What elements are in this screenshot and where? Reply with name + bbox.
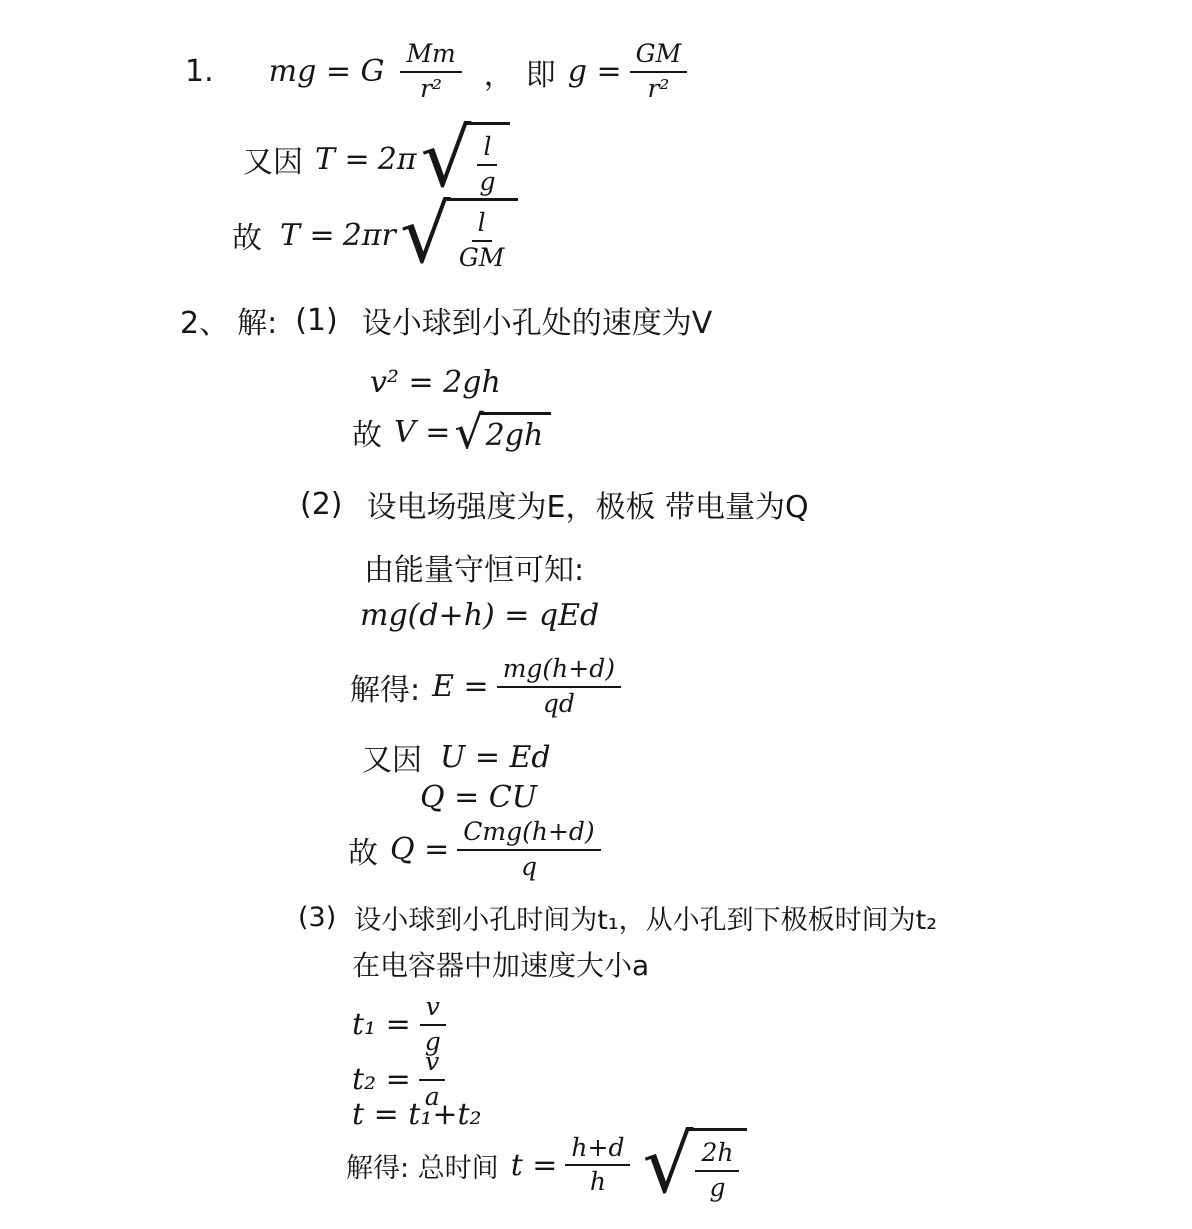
p2-part2-line4: 解得: E = mg(h+d) qd — [350, 655, 629, 719]
problem2-number: 2、 — [180, 298, 229, 342]
eq-lhs: V = — [394, 415, 450, 450]
statement-text: 设小球到小孔时间为t₁，从小孔到下极板时间为t₂ — [354, 898, 937, 937]
fraction-numerator: h+d — [565, 1134, 630, 1167]
equation: v² = 2gh — [370, 365, 501, 400]
fraction-denominator: GM — [453, 242, 511, 273]
fraction: 2h g — [695, 1139, 739, 1203]
fraction: h+d h — [565, 1134, 630, 1198]
radicand: l g — [467, 122, 509, 197]
radicand: 2gh — [480, 412, 552, 453]
p2-part2-line5: 又因 U = Ed — [362, 735, 551, 779]
eq-lhs: Q = — [390, 832, 449, 867]
fraction-numerator: l — [477, 133, 497, 166]
eq-lhs: T = — [315, 142, 370, 177]
p1-line3: 故 T = 2πr √ l GM — [232, 198, 518, 273]
eq-mid: g = — [568, 54, 622, 89]
fraction-numerator: Mm — [400, 40, 461, 73]
eq-lhs: t₂ = — [352, 1062, 411, 1097]
coefficient: 2π — [378, 142, 417, 177]
part3-label: (3) — [298, 902, 336, 933]
p1-line1: 1. mg = G Mm r² ， 即 g = GM r² — [185, 40, 695, 104]
equation: U = Ed — [440, 740, 551, 775]
statement-text: 由能量守恒可知: — [364, 545, 584, 589]
fraction-numerator: l — [472, 209, 492, 242]
fraction: l g — [473, 133, 501, 197]
square-root: √ l g — [421, 122, 510, 197]
connector-text: 故 — [348, 828, 378, 872]
fraction-denominator: h — [584, 1166, 612, 1197]
fraction: GM r² — [630, 40, 688, 104]
square-root: √ 2gh — [454, 412, 551, 453]
p2-part2-line7: 故 Q = Cmg(h+d) q — [348, 818, 609, 882]
eq-lhs: t = — [511, 1148, 558, 1183]
connector-text: 即 — [526, 50, 556, 94]
p2-part2-line2: 由能量守恒可知: — [364, 545, 584, 589]
eq-lhs: E = — [432, 669, 489, 704]
square-root: √ l GM — [400, 198, 519, 273]
fraction-numerator: v — [420, 993, 446, 1026]
fraction-denominator: qd — [537, 688, 581, 719]
fraction: Mm r² — [400, 40, 461, 104]
fraction-numerator: GM — [630, 40, 688, 73]
fraction-numerator: 2h — [695, 1139, 739, 1172]
equation: mg(d+h) = qEd — [360, 598, 599, 633]
p2-part2-line1: (2) 设电场强度为E，极板 带电量为Q — [300, 482, 809, 526]
connector-text: 解得: 总时间 — [346, 1146, 499, 1185]
part1-label: (1) — [295, 303, 338, 338]
p2-part3-line2: 在电容器中加速度大小a — [352, 944, 649, 984]
connector-text: 又因 — [243, 137, 303, 181]
fraction-numerator: v — [419, 1048, 445, 1081]
fraction-denominator: q — [515, 851, 543, 882]
fraction: Cmg(h+d) q — [457, 818, 600, 882]
fraction-denominator: r² — [641, 73, 675, 104]
statement-text: 设电场强度为E，极板 带电量为Q — [367, 482, 809, 526]
comma: ， — [484, 50, 514, 94]
part2-label: (2) — [300, 487, 343, 522]
statement-text: 设小球到小孔处的速度为V — [362, 298, 713, 342]
fraction-denominator: g — [703, 1172, 731, 1203]
radicand: 2h g — [689, 1128, 747, 1203]
radicand: l GM — [447, 198, 519, 273]
radical-icon: √ — [400, 206, 451, 264]
connector-text: 解得: — [350, 665, 420, 709]
p2-part3-line5: t = t₁+t₂ — [352, 1097, 482, 1132]
coefficient: 2πr — [343, 218, 396, 253]
p2-part1-line2: v² = 2gh — [370, 365, 501, 400]
p1-line2: 又因 T = 2π √ l g — [243, 122, 510, 197]
statement-text: 在电容器中加速度大小a — [352, 944, 649, 984]
p2-part2-line3: mg(d+h) = qEd — [360, 598, 599, 633]
connector-text: 又因 — [362, 735, 422, 779]
problem1-number: 1. — [185, 54, 214, 89]
eq-lhs: t₁ = — [352, 1007, 411, 1042]
equation: t = t₁+t₂ — [352, 1097, 482, 1132]
p2-part3-line3: t₁ = v g — [352, 993, 455, 1057]
fraction-denominator: r² — [414, 73, 448, 104]
fraction: mg(h+d) qd — [497, 655, 621, 719]
p2-header: 2、 解: (1) 设小球到小孔处的速度为V — [180, 298, 712, 342]
fraction: l GM — [453, 209, 511, 273]
fraction-numerator: Cmg(h+d) — [457, 818, 600, 851]
fraction-denominator: g — [473, 166, 501, 197]
radical-icon: √ — [421, 130, 472, 188]
p2-part3-line1: (3) 设小球到小孔时间为t₁，从小孔到下极板时间为t₂ — [298, 898, 937, 937]
handwritten-solution-page: 1. mg = G Mm r² ， 即 g = GM r² 又因 T = 2π … — [0, 0, 1192, 1229]
solve-label: 解: — [237, 298, 277, 342]
radical-icon: √ — [642, 1136, 693, 1194]
p2-part1-line3: 故 V = √ 2gh — [352, 410, 551, 454]
square-root: √ 2h g — [642, 1128, 747, 1203]
eq-lhs: T = — [280, 218, 335, 253]
p2-part2-line6: Q = CU — [420, 780, 537, 815]
connector-text: 故 — [352, 410, 382, 454]
connector-text: 故 — [232, 213, 262, 257]
p2-part3-line6: 解得: 总时间 t = h+d h √ 2h g — [346, 1128, 747, 1203]
equation: Q = CU — [420, 780, 537, 815]
fraction-numerator: mg(h+d) — [497, 655, 621, 688]
eq-lhs: mg = G — [269, 54, 385, 89]
